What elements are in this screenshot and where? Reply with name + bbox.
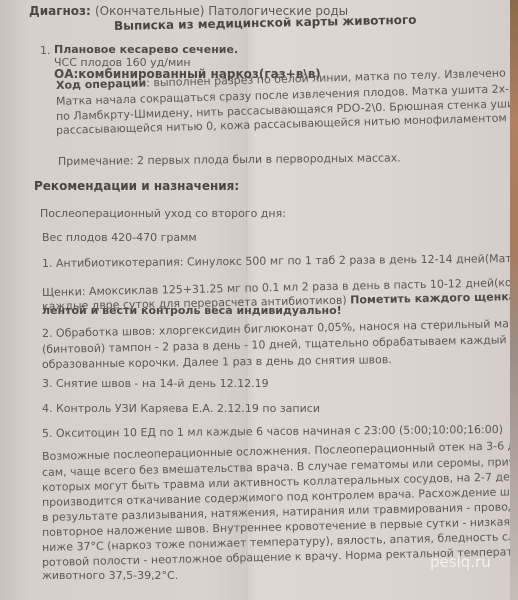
- background-edge: [510, 0, 518, 600]
- operation-course-label: Ход операции: [56, 76, 147, 92]
- operation-note: Примечание: 2 первых плода были в первор…: [58, 151, 401, 168]
- fetus-weight: Вес плодов 420-470 грамм: [42, 231, 197, 244]
- puppies-line-bold: лентой и вести контроль веса индивидуаль…: [42, 304, 342, 317]
- operation-number: 1.: [40, 44, 51, 57]
- ultrasound-control: 4. Контроль УЗИ Каряева Е.А. 2.12.19 по …: [42, 402, 320, 415]
- document-page: Диагноз: (Окончательные) Патологические …: [0, 0, 510, 600]
- operation-name: Плановое кесарево сечение.: [54, 43, 238, 56]
- watermark: pesiq.ru: [430, 553, 491, 571]
- oxytocin: 5. Окситоцин 10 ЕД по 1 мл каждые 6 часо…: [42, 423, 503, 440]
- suture-removal: 3. Снятие швов - на 14-й день 12.12.19: [42, 377, 269, 390]
- sutures-care-line: образованные корочки. Далее 1 раз в день…: [42, 353, 392, 371]
- complications-line: животного 37,5-39,2°С.: [42, 569, 178, 582]
- diagnosis-label: Диагноз:: [29, 4, 91, 18]
- recommendations-heading: Рекомендации и назначения:: [34, 180, 239, 193]
- postop-care: Послеоперационный уход со второго дня:: [40, 207, 286, 220]
- antibiotic-item: 1. Антибиотикотерапия: Синулокс 500 мг п…: [42, 252, 518, 270]
